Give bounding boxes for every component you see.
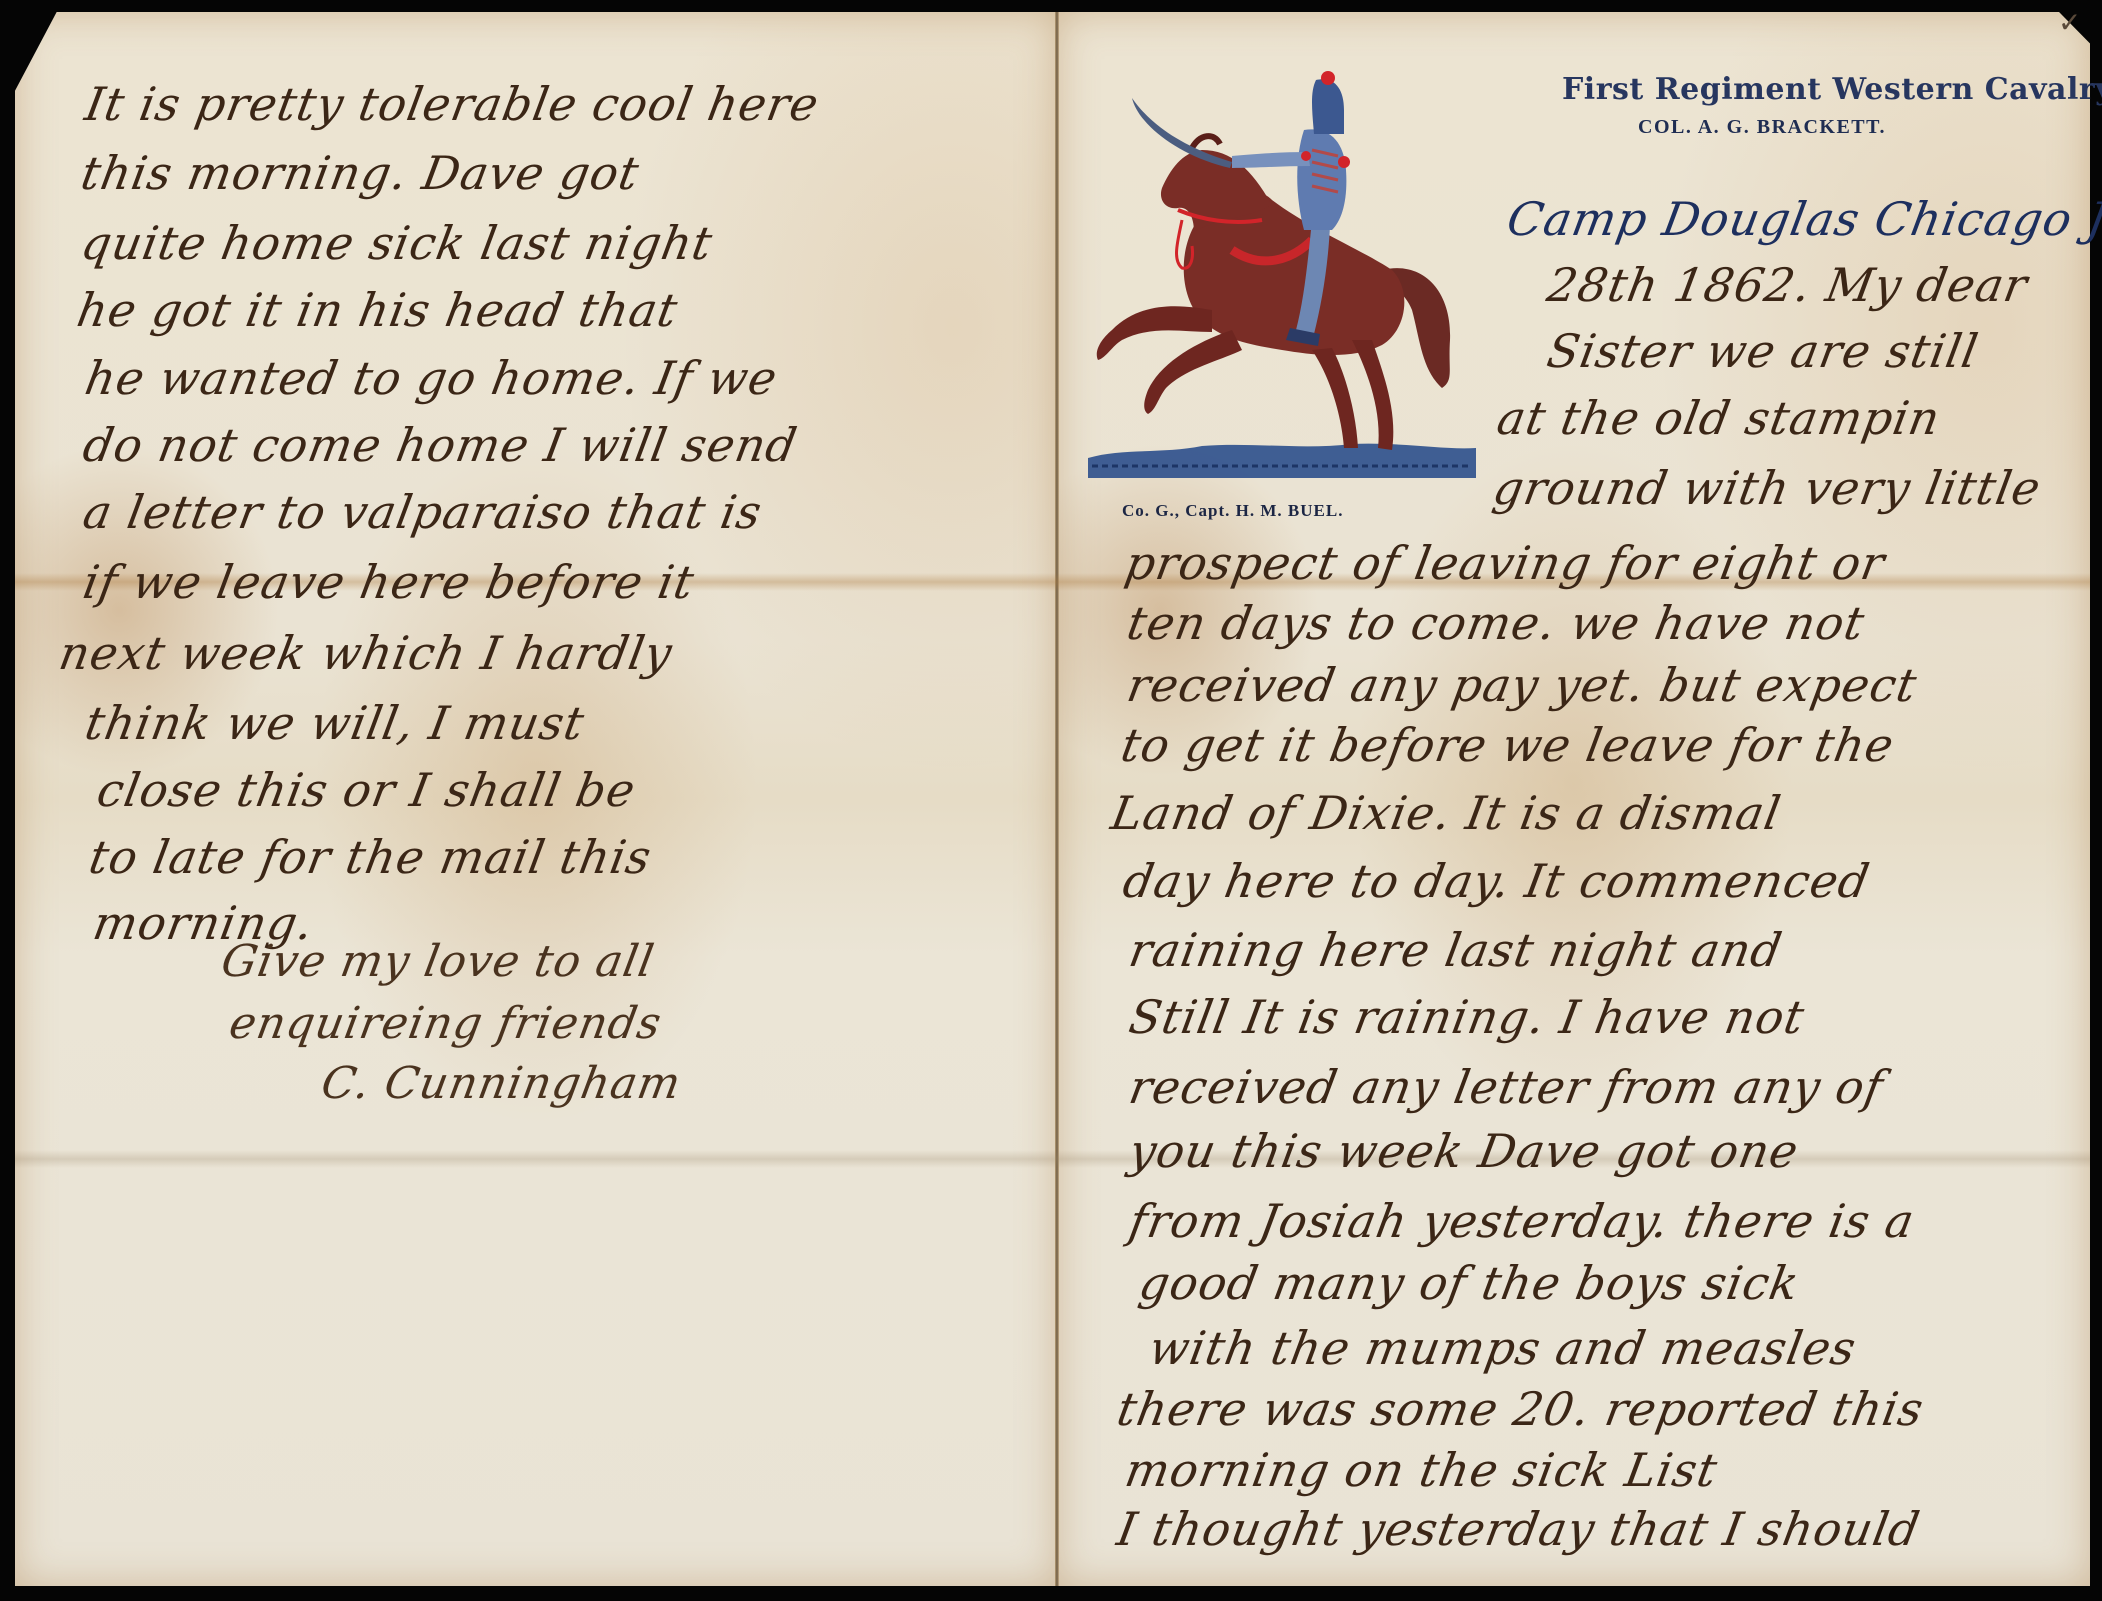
letter-line: good many of the boys sick <box>1136 1260 1803 1306</box>
letter-line: prospect of leaving for eight or <box>1122 540 1889 586</box>
closing-line: Give my love to all <box>218 940 657 984</box>
letter-line: received any pay yet. but expect <box>1124 662 1921 708</box>
letter-line: with the mumps and measles <box>1146 1325 1860 1371</box>
letter-line: Sister we are still <box>1544 328 1982 374</box>
letter-line: he got it in his head that <box>74 287 682 333</box>
letterhead-title: First Regiment Western Cavalry. <box>1562 72 2102 107</box>
letter-line: 28th 1862. My dear <box>1544 262 2031 308</box>
letter-line: morning on the sick List <box>1122 1447 1721 1493</box>
letter-line: if we leave here before it <box>80 559 698 605</box>
letter-line: he wanted to go home. If we <box>82 355 781 401</box>
letter-line: It is pretty tolerable cool here <box>82 81 823 127</box>
letter-line: raining here last night and <box>1126 927 1786 973</box>
cavalry-rider-engraving-icon <box>1082 70 1482 490</box>
letter-line: received any letter from any of <box>1126 1064 1887 1110</box>
letter-line: close this or I shall be <box>94 767 639 813</box>
center-fold-crease <box>1055 12 1059 1586</box>
letter-line: you this week Dave got one <box>1126 1128 1802 1174</box>
letter-place-line: Camp Douglas Chicago Jan <box>1504 196 2102 242</box>
letter-line: to late for the mail this <box>86 834 655 880</box>
engraving-caption: Co. G., Capt. H. M. BUEL. <box>1122 501 1343 521</box>
letter-line: a letter to valparaiso that is <box>80 489 766 535</box>
closing-line: enquireing friends <box>226 1002 665 1046</box>
letter-line: next week which I hardly <box>56 630 676 676</box>
check-mark-icon: ✓ <box>2058 6 2081 39</box>
letter-line: ground with very little <box>1490 465 2045 511</box>
letter-line: ten days to come. we have not <box>1124 600 1868 646</box>
letter-line: at the old stampin <box>1494 395 1944 441</box>
letter-line: there was some 20. reported this <box>1114 1386 1927 1432</box>
letter-line: I thought yesterday that I should <box>1114 1506 1924 1552</box>
signature: C. Cunningham <box>318 1062 684 1106</box>
letter-line: Still It is raining. I have not <box>1126 994 1808 1040</box>
letterhead-colonel: COL. A. G. BRACKETT. <box>1638 116 1886 139</box>
letter-line: think we will, I must <box>82 700 588 746</box>
letter-line: quite home sick last night <box>78 220 716 266</box>
letter-line: day here to day. It commenced <box>1120 858 1873 904</box>
letter-line: to get it before we leave for the <box>1118 722 1898 768</box>
letter-line: from Josiah yesterday. there is a <box>1126 1198 1918 1244</box>
letter-line: Land of Dixie. It is a dismal <box>1108 790 1785 836</box>
letter-line: do not come home I will send <box>80 422 801 468</box>
letter-line: this morning. Dave got <box>78 150 643 196</box>
